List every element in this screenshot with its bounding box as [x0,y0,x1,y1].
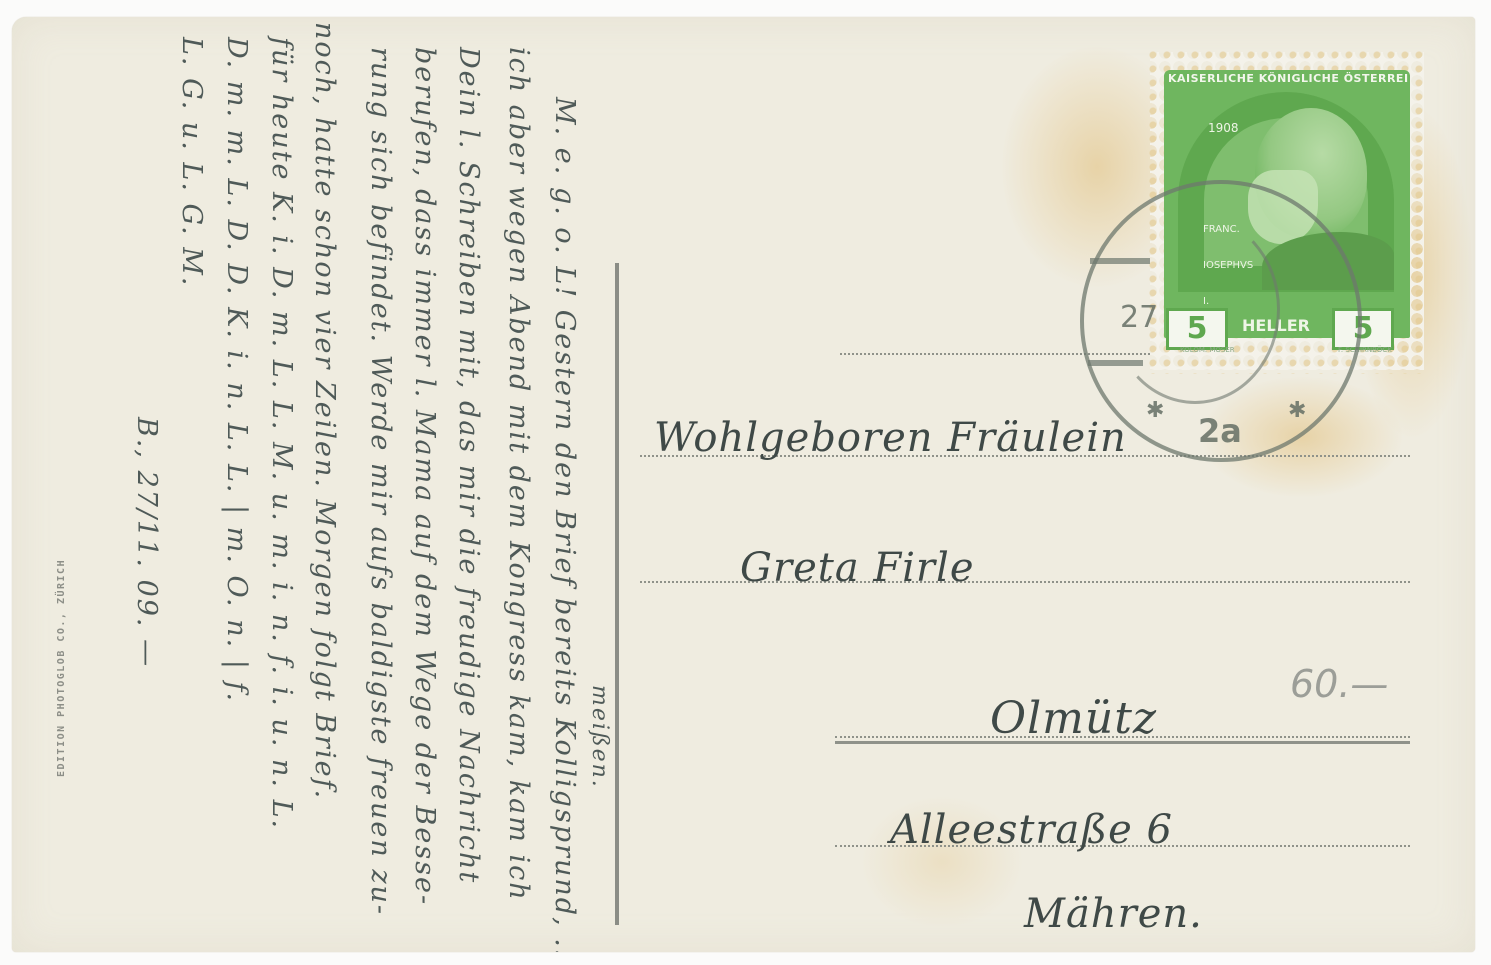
message-signoff-date: B., 27/11. 09. — [131,417,162,668]
message-line: rung sich befindet. Werde mir aufs baldi… [365,47,396,916]
message-line: M. e. g. o. L! Gestern den Brief bereits… [549,97,580,952]
postmark-bar [1090,258,1150,264]
message-line: ich aber wegen Abend mit dem Kongress ka… [503,47,534,902]
address-region: Mähren. [1024,891,1203,937]
pencil-price-note: 60.— [1290,662,1388,706]
address-salutation: Wohlgeboren Fräulein [654,415,1127,461]
stamp-inscription: KAISERLICHE KÖNIGLICHE ÖSTERREICHISCHE P… [1168,72,1408,85]
message-line: noch, hatte schon vier Zeilen. Morgen fo… [309,22,340,800]
stamp-year: 1908 [1208,121,1239,135]
message-line: D. m. m. L. D. D. K. i. n. L. L. | m. O.… [221,37,252,703]
postmark-bar [1088,360,1143,366]
center-divider [615,263,619,925]
postmark-star-icon: ✱ [1146,398,1164,423]
publisher-imprint: EDITION PHOTOGLOB CO., ZÜRICH [56,559,67,777]
postmark-number: 2a [1198,412,1242,450]
address-city: Olmütz [990,693,1157,744]
message-line: L. G. u. L. G. M. [176,37,207,288]
postmark-date: 27 [1120,300,1158,335]
message-line: Dein l. Schreiben mit, das mir die freud… [453,47,484,884]
postmark-star-icon: ✱ [1288,398,1306,423]
address-name: Greta Firle [740,545,975,591]
message-margin-note: meißen. [587,685,612,789]
message-line: berufen, dass immer l. Mama auf dem Wege… [409,47,440,906]
message-line: für heute K. i. D. m. L. L. M. u. m. i. … [266,37,297,830]
address-street: Alleestraße 6 [890,807,1173,853]
